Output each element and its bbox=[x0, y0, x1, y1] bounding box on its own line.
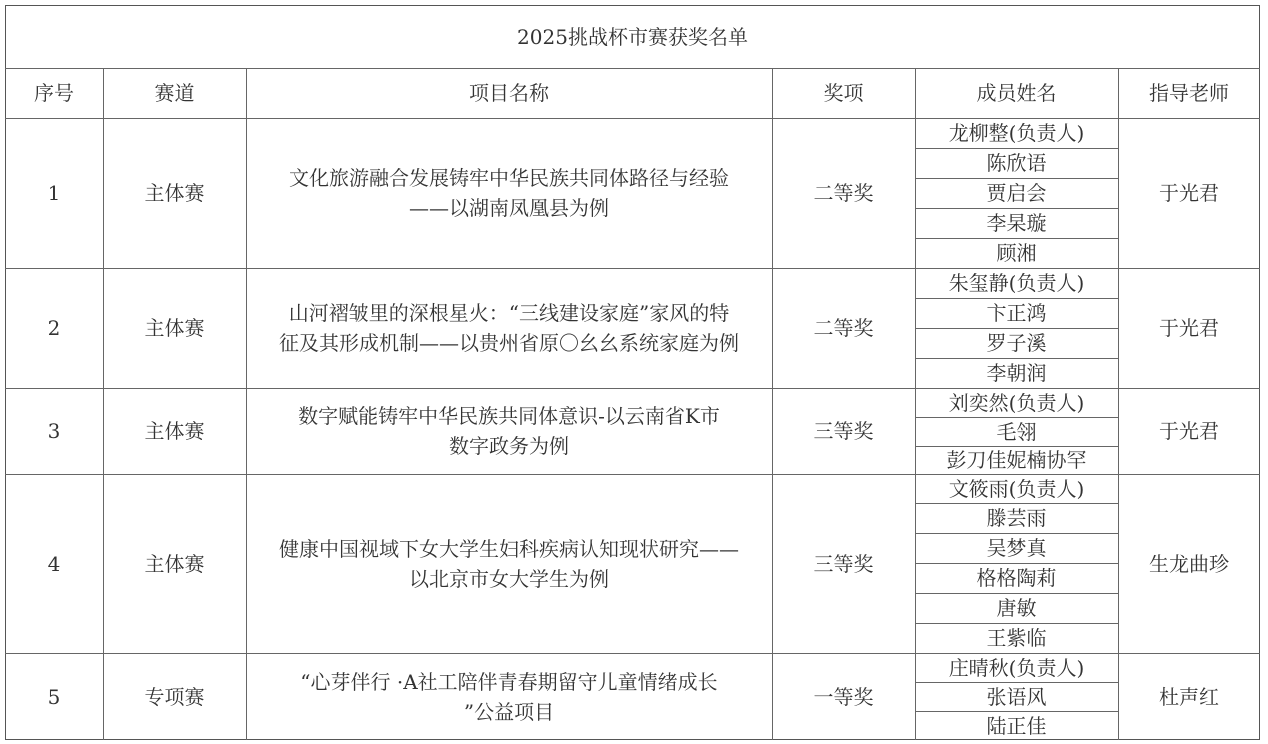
member-name: 滕芸雨 bbox=[915, 503, 1118, 533]
row-track: 主体赛 bbox=[103, 118, 246, 268]
row-no: 4 bbox=[5, 474, 103, 653]
member-name: 格格陶莉 bbox=[915, 563, 1118, 593]
row-award: 二等奖 bbox=[772, 118, 915, 268]
row-advisor: 于光君 bbox=[1118, 268, 1260, 388]
row-award: 一等奖 bbox=[772, 653, 915, 740]
member-name: 唐敏 bbox=[915, 593, 1118, 623]
member-name: 罗子溪 bbox=[915, 328, 1118, 358]
project-line: 文化旅游融合发展铸牢中华民族共同体路径与经验 bbox=[289, 163, 729, 193]
row-advisor: 于光君 bbox=[1118, 388, 1260, 474]
header-track: 赛道 bbox=[103, 68, 246, 118]
row-project: 数字赋能铸牢中华民族共同体意识-以云南省K市 数字政务为例 bbox=[246, 388, 772, 474]
project-line: ——以湖南凤凰县为例 bbox=[409, 193, 609, 223]
member-name: 李杲璇 bbox=[915, 208, 1118, 238]
project-line: 健康中国视域下女大学生妇科疾病认知现状研究—— bbox=[279, 534, 739, 564]
project-line: 数字政务为例 bbox=[449, 431, 569, 461]
member-name: 吴梦真 bbox=[915, 533, 1118, 563]
row-award: 三等奖 bbox=[772, 474, 915, 653]
member-name: 卞正鸿 bbox=[915, 298, 1118, 328]
member-name: 庄晴秋(负责人) bbox=[915, 653, 1118, 682]
header-no: 序号 bbox=[5, 68, 103, 118]
project-line: 数字赋能铸牢中华民族共同体意识-以云南省K市 bbox=[298, 401, 720, 431]
row-award: 二等奖 bbox=[772, 268, 915, 388]
row-no: 3 bbox=[5, 388, 103, 474]
row-track: 主体赛 bbox=[103, 388, 246, 474]
row-award: 三等奖 bbox=[772, 388, 915, 474]
member-name: 刘奕然(负责人) bbox=[915, 388, 1118, 417]
member-name: 朱玺静(负责人) bbox=[915, 268, 1118, 298]
member-name: 张语风 bbox=[915, 682, 1118, 711]
project-line: ”公益项目 bbox=[464, 697, 554, 727]
row-no: 1 bbox=[5, 118, 103, 268]
project-line: “心芽伴行 ·A社工陪伴青春期留守儿童情绪成长 bbox=[300, 667, 717, 697]
project-line: 山河褶皱里的深根星火：“三线建设家庭”家风的特 bbox=[289, 298, 729, 328]
row-project: 山河褶皱里的深根星火：“三线建设家庭”家风的特 征及其形成机制——以贵州省原〇幺… bbox=[246, 268, 772, 388]
row-no: 2 bbox=[5, 268, 103, 388]
member-name: 陈欣语 bbox=[915, 148, 1118, 178]
row-track: 专项赛 bbox=[103, 653, 246, 740]
table-title: 2025挑战杯市赛获奖名单 bbox=[6, 6, 1259, 68]
row-no: 5 bbox=[5, 653, 103, 740]
member-name: 李朝润 bbox=[915, 358, 1118, 388]
member-name: 龙柳整(负责人) bbox=[915, 118, 1118, 148]
member-name: 贾启会 bbox=[915, 178, 1118, 208]
row-advisor: 杜声红 bbox=[1118, 653, 1260, 740]
header-award: 奖项 bbox=[772, 68, 915, 118]
member-name: 彭刀佳妮楠协罕 bbox=[915, 446, 1118, 474]
row-track: 主体赛 bbox=[103, 268, 246, 388]
row-track: 主体赛 bbox=[103, 474, 246, 653]
header-members: 成员姓名 bbox=[915, 68, 1118, 118]
header-project: 项目名称 bbox=[246, 68, 772, 118]
row-advisor: 生龙曲珍 bbox=[1118, 474, 1260, 653]
member-name: 陆正佳 bbox=[915, 711, 1118, 740]
project-line: 征及其形成机制——以贵州省原〇幺幺系统家庭为例 bbox=[279, 328, 739, 358]
row-project: “心芽伴行 ·A社工陪伴青春期留守儿童情绪成长 ”公益项目 bbox=[246, 653, 772, 740]
member-name: 顾湘 bbox=[915, 238, 1118, 268]
member-name: 毛翎 bbox=[915, 417, 1118, 446]
row-advisor: 于光君 bbox=[1118, 118, 1260, 268]
header-advisor: 指导老师 bbox=[1118, 68, 1260, 118]
member-name: 王紫临 bbox=[915, 623, 1118, 653]
row-project: 文化旅游融合发展铸牢中华民族共同体路径与经验 ——以湖南凤凰县为例 bbox=[246, 118, 772, 268]
project-line: 以北京市女大学生为例 bbox=[409, 564, 609, 594]
member-name: 文筱雨(负责人) bbox=[915, 474, 1118, 503]
row-project: 健康中国视域下女大学生妇科疾病认知现状研究—— 以北京市女大学生为例 bbox=[246, 474, 772, 653]
